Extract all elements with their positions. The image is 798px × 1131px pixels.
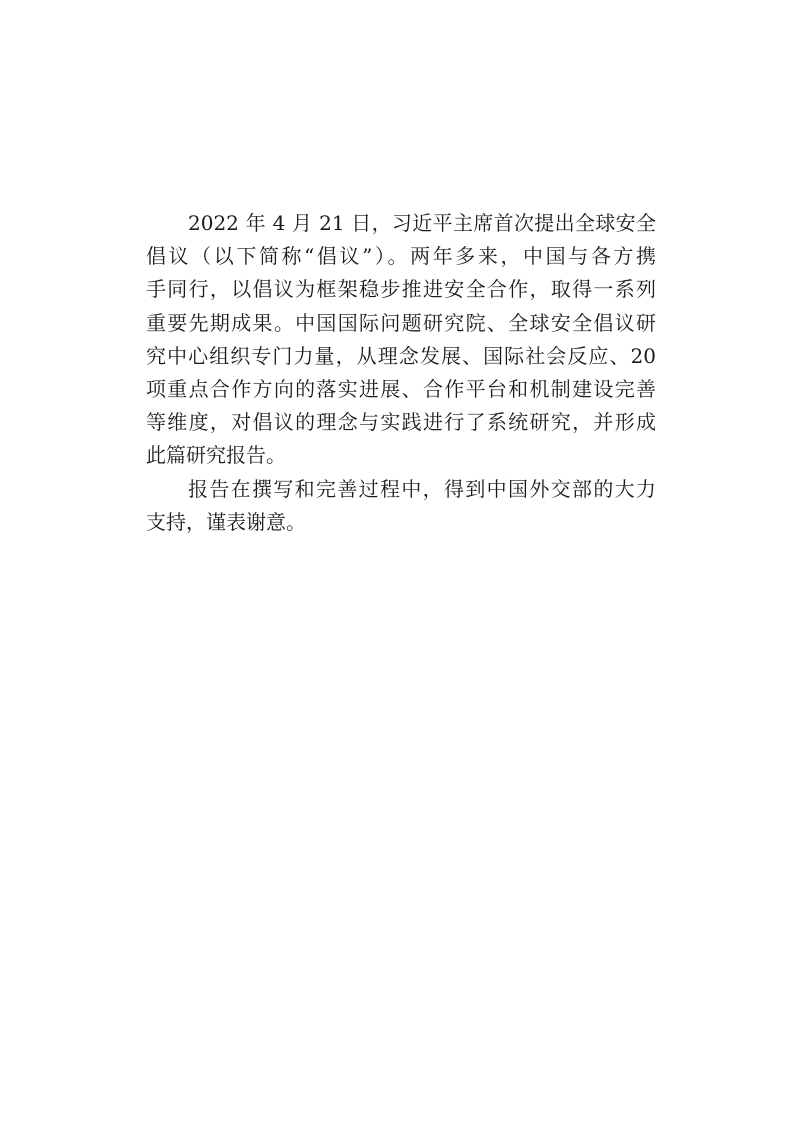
paragraph-line: 重要先期成果。中国国际问题研究院、全球安全倡议研 [146,307,656,340]
paragraph-line: 此篇研究报告。 [146,439,656,472]
paragraph-line: 倡议（以下简称“倡议”）。两年多来，中国与各方携 [146,240,656,273]
document-body: 2022 年 4 月 21 日，习近平主席首次提出全球安全 倡议（以下简称“倡议… [146,207,656,539]
paragraph-line: 等维度，对倡议的理念与实践进行了系统研究，并形成 [146,406,656,439]
paragraph-line: 2022 年 4 月 21 日，习近平主席首次提出全球安全 [146,207,656,240]
paragraph-line: 项重点合作方向的落实进展、合作平台和机制建设完善 [146,373,656,406]
paragraph-acknowledgement: 报告在撰写和完善过程中，得到中国外交部的大力 支持，谨表谢意。 [146,473,656,539]
document-page: 2022 年 4 月 21 日，习近平主席首次提出全球安全 倡议（以下简称“倡议… [0,0,798,1131]
paragraph-line: 究中心组织专门力量，从理念发展、国际社会反应、20 [146,340,656,373]
paragraph-line: 支持，谨表谢意。 [146,506,656,539]
paragraph-line: 手同行，以倡议为框架稳步推进安全合作，取得一系列 [146,273,656,306]
paragraph-intro: 2022 年 4 月 21 日，习近平主席首次提出全球安全 倡议（以下简称“倡议… [146,207,656,473]
paragraph-line: 报告在撰写和完善过程中，得到中国外交部的大力 [146,473,656,506]
